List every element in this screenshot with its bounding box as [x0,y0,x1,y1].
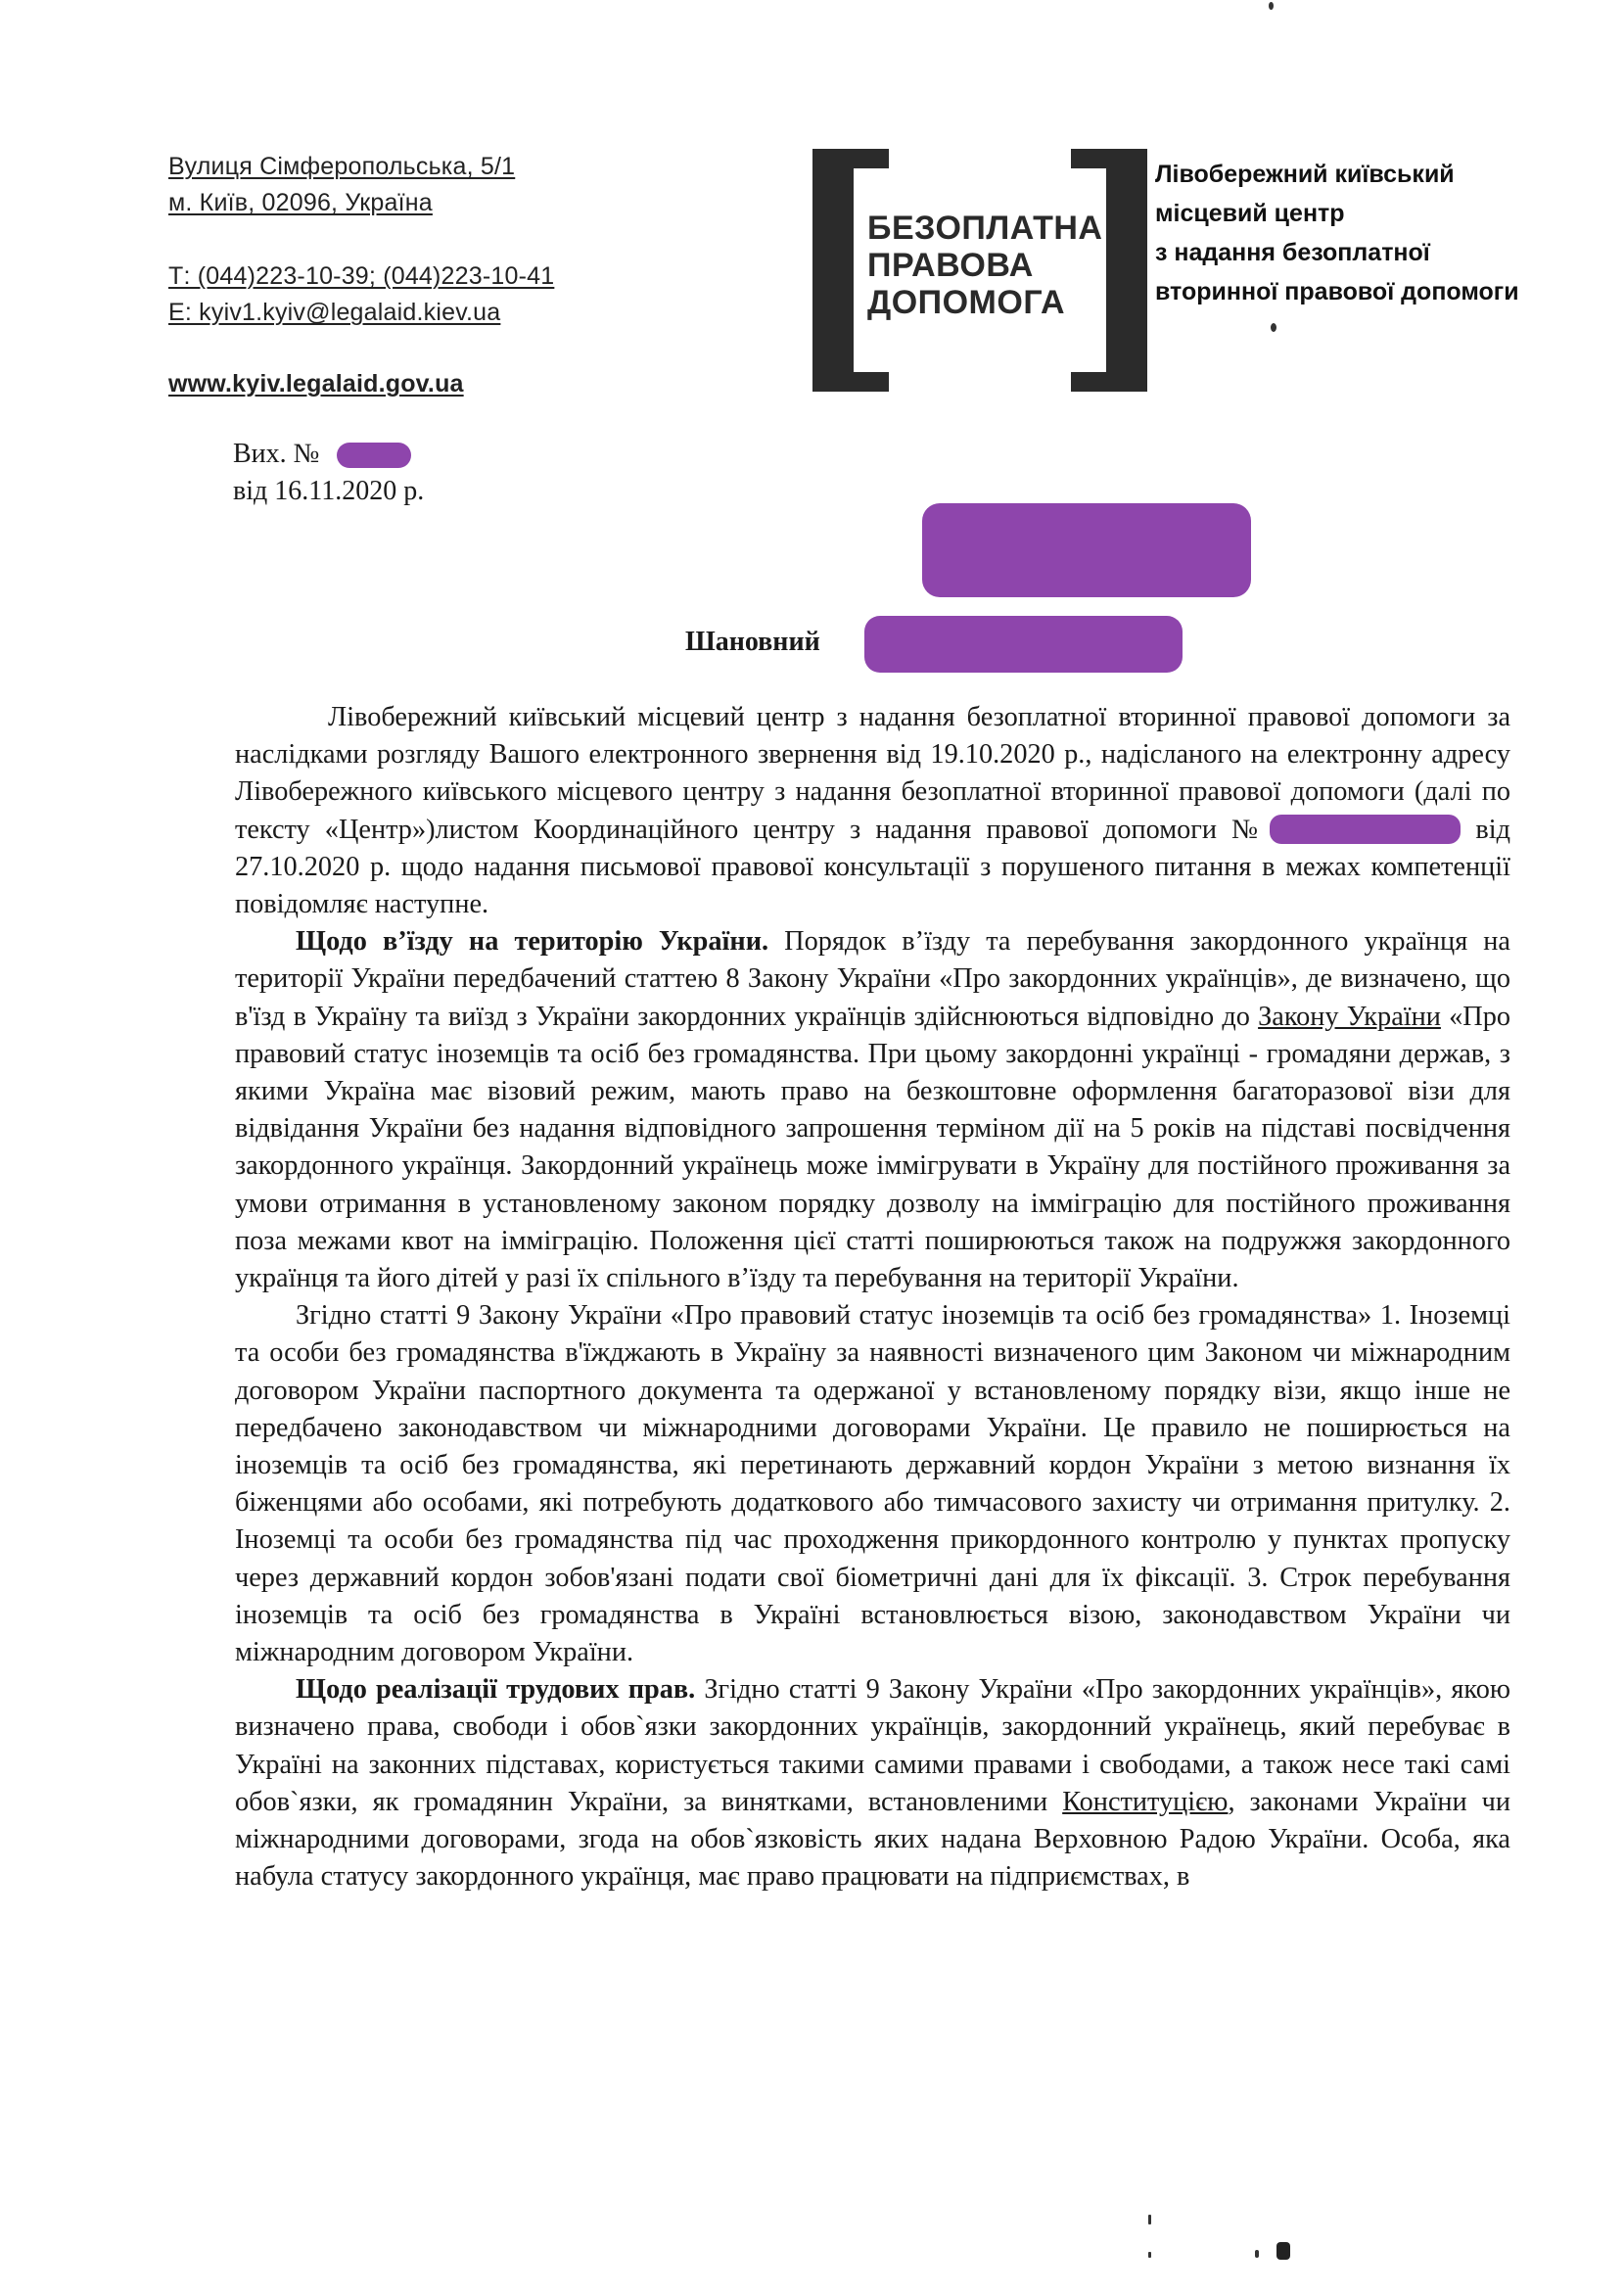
address-line-city: м. Київ, 02096, Україна [168,189,433,217]
section-heading-labor: Щодо реалізації трудових прав. [296,1674,695,1705]
logo-text: БЕЗОПЛАТНА ПРАВОВА ДОПОМОГА [867,210,1102,321]
greeting-text: Шановний [685,627,820,657]
greeting: Шановний [685,627,820,658]
bracket-cap [1071,372,1147,392]
paragraph-labor-rights: Щодо реалізації трудових прав. Згідно ст… [235,1671,1510,1895]
logo-line-3: ДОПОМОГА [867,284,1102,321]
scan-speck [1269,2,1274,10]
letter-date: від 16.11.2020 р. [233,476,424,507]
redacted-recipient-name [864,616,1183,673]
org-line-2: місцевий центр [1155,194,1624,233]
logo-line-1: БЕЗОПЛАТНА [867,210,1102,247]
section-heading-entry: Щодо в’їзду на територію України. [296,926,768,957]
org-line-4: вторинної правової допомоги [1155,272,1624,311]
bracket-cap [812,149,889,168]
scan-speck [1148,2215,1151,2224]
org-line-1: Лівобережний київський [1155,155,1624,194]
redacted-outgoing-number [337,443,411,468]
left-bracket-icon [812,149,854,392]
bracket-cap [1071,149,1147,168]
address-line-street: Вулиця Сімферопольська, 5/1 [168,153,515,181]
scan-speck [1276,2242,1290,2260]
outgoing-label: Вих. № [233,439,319,469]
letter-body: Лівобережний київський місцевий центр з … [235,699,1510,1896]
paragraph-intro: Лівобережний київський місцевий центр з … [235,699,1510,923]
right-bracket-icon [1106,149,1147,392]
paragraph-entry: Щодо в’їзду на територію України. Порядо… [235,923,1510,1297]
scan-speck [1148,2252,1151,2258]
legal-aid-logo: БЕЗОПЛАТНА ПРАВОВА ДОПОМОГА [812,149,1147,392]
email-link[interactable]: E: kyiv1.kyiv@legalaid.kiev.ua [168,299,500,327]
law-link[interactable]: Закону України [1258,1002,1441,1032]
bracket-cap [812,372,889,392]
organization-name: Лівобережний київський місцевий центр з … [1155,155,1624,311]
paragraph-article-9: Згідно статті 9 Закону України «Про прав… [235,1297,1510,1671]
org-line-3: з надання безоплатної [1155,233,1624,272]
logo-line-2: ПРАВОВА [867,247,1102,284]
website-link[interactable]: www.kyiv.legalaid.gov.ua [168,370,464,398]
entry-text-cont: «Про правовий статус іноземців та осіб б… [235,1002,1510,1293]
outgoing-number: Вих. № [233,439,319,470]
redacted-recipient [922,503,1251,597]
constitution-link[interactable]: Конституцією [1062,1787,1228,1817]
redacted-letter-number [1270,815,1461,844]
phone-numbers[interactable]: Т: (044)223-10-39; (044)223-10-41 [168,262,554,291]
scan-speck [1255,2250,1259,2258]
scan-speck [1271,323,1276,332]
